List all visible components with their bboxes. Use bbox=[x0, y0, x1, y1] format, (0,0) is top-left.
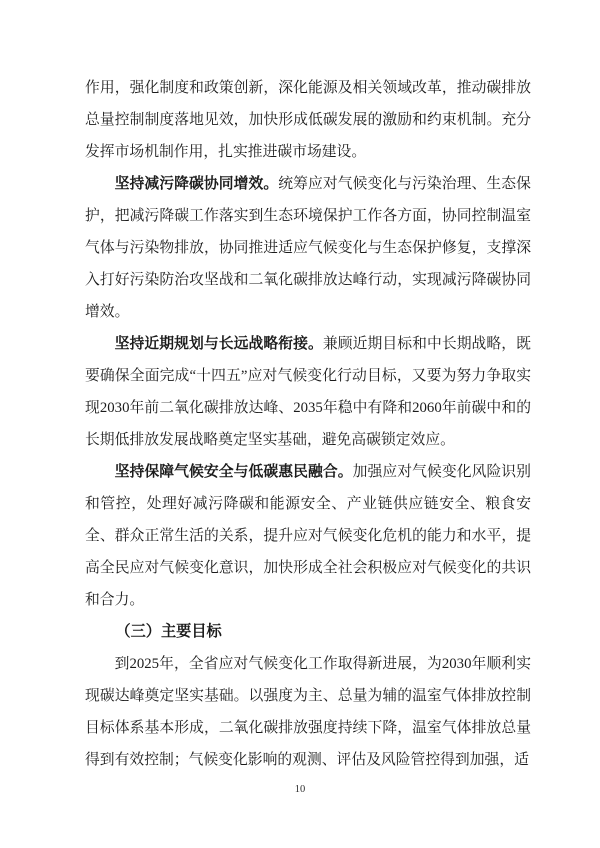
paragraph-lead: 坚持保障气候安全与低碳惠民融合。 bbox=[115, 464, 353, 480]
continuation-paragraph: 作用，强化制度和政策创新，深化能源及相关领域改革，推动碳排放总量控制制度落地见效… bbox=[85, 72, 531, 168]
paragraph-lead: 坚持减污降碳协同增效。 bbox=[115, 176, 279, 192]
goal-paragraph: 到2025年，全省应对气候变化工作取得新进展，为2030年顺利实现碳达峰奠定坚实… bbox=[85, 648, 531, 776]
principle-paragraph-3: 坚持保障气候安全与低碳惠民融合。加强应对气候变化风险识别和管控，处理好减污降碳和… bbox=[85, 456, 531, 616]
document-page: 作用，强化制度和政策创新，深化能源及相关领域改革，推动碳排放总量控制制度落地见效… bbox=[0, 0, 600, 848]
paragraph-text: 加强应对气候变化风险识别和管控，处理好减污降碳和能源安全、产业链供应链安全、粮食… bbox=[85, 464, 531, 608]
paragraph-text: 作用，强化制度和政策创新，深化能源及相关领域改革，推动碳排放总量控制制度落地见效… bbox=[85, 80, 531, 160]
paragraph-lead: 坚持近期规划与长远战略衔接。 bbox=[115, 336, 323, 352]
paragraph-text: 兼顾近期目标和中长期战略，既要确保全面完成“十四五”应对气候变化行动目标，又要为… bbox=[85, 336, 531, 448]
body-text-block: 作用，强化制度和政策创新，深化能源及相关领域改革，推动碳排放总量控制制度落地见效… bbox=[85, 72, 531, 776]
section-heading: （三）主要目标 bbox=[85, 616, 531, 648]
principle-paragraph-1: 坚持减污降碳协同增效。统筹应对气候变化与污染治理、生态保护，把减污降碳工作落实到… bbox=[85, 168, 531, 328]
principle-paragraph-2: 坚持近期规划与长远战略衔接。兼顾近期目标和中长期战略，既要确保全面完成“十四五”… bbox=[85, 328, 531, 456]
paragraph-text: 到2025年，全省应对气候变化工作取得新进展，为2030年顺利实现碳达峰奠定坚实… bbox=[85, 656, 531, 768]
page-number: 10 bbox=[0, 783, 600, 797]
paragraph-text: 统筹应对气候变化与污染治理、生态保护，把减污降碳工作落实到生态环境保护工作各方面… bbox=[85, 176, 531, 320]
